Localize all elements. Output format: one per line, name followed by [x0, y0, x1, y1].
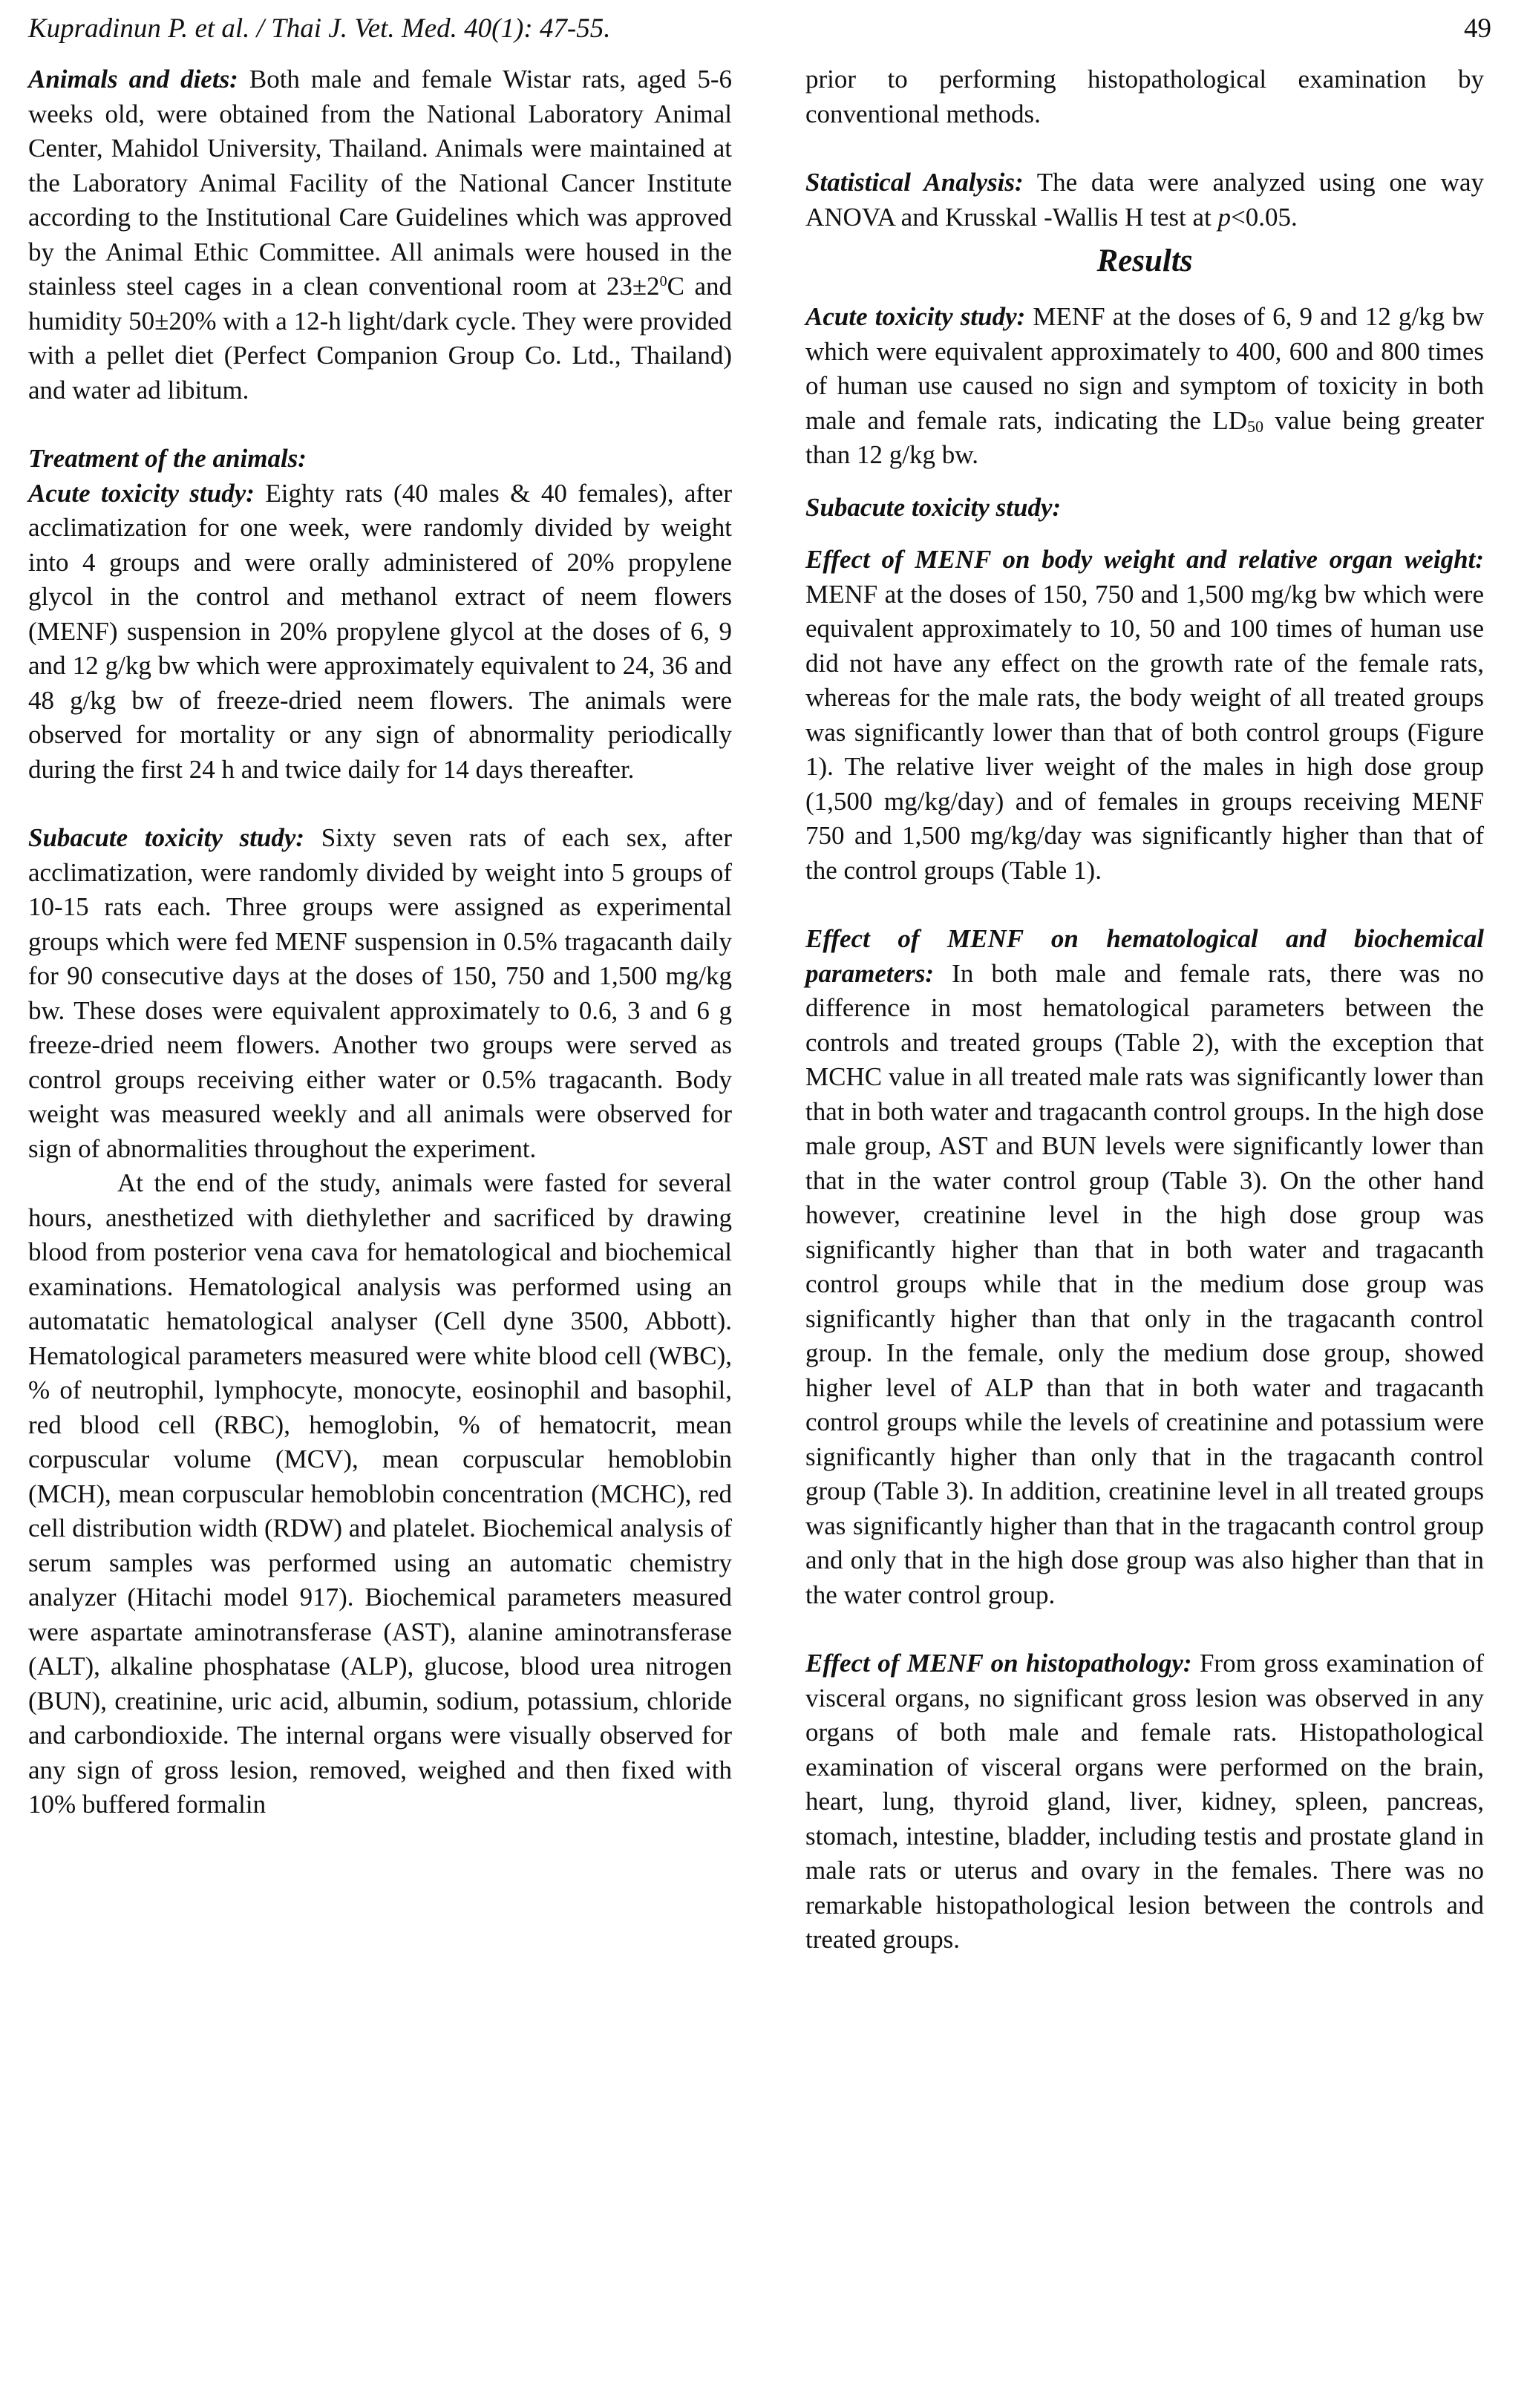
left-column: Animals and diets: Both male and female … — [28, 62, 732, 1822]
spacer — [805, 525, 1484, 543]
degree-superscript: 0 — [660, 273, 667, 289]
p-value: <0.05. — [1231, 203, 1298, 232]
subacute-toxicity-paragraph: Subacute toxicity study: Sixty seven rat… — [28, 821, 732, 1166]
page-number: 49 — [1464, 10, 1491, 48]
subacute-toxicity-lead: Subacute toxicity study: — [28, 823, 304, 852]
statistical-analysis-paragraph: Statistical Analysis: The data were anal… — [805, 166, 1484, 235]
spacer — [28, 408, 732, 442]
results-heading: Results — [805, 239, 1484, 284]
histopathology-paragraph: Effect of MENF on histopathology: From g… — [805, 1646, 1484, 1957]
spacer — [805, 1612, 1484, 1646]
statistical-analysis-lead: Statistical Analysis: — [805, 168, 1024, 197]
spacer — [805, 888, 1484, 922]
hematological-paragraph: Effect of MENF on hematological and bioc… — [805, 922, 1484, 1612]
right-column: prior to performing histopathological ex… — [805, 62, 1484, 1957]
end-of-study-paragraph: At the end of the study, animals were fa… — [28, 1166, 732, 1822]
acute-toxicity-text: Eighty rats (40 males & 40 females), aft… — [28, 479, 732, 784]
subacute-heading: Subacute toxicity study: — [805, 491, 1484, 526]
animals-diets-text: Both male and female Wistar rats, aged 5… — [28, 65, 732, 301]
continuation-paragraph: prior to performing histopathological ex… — [805, 62, 1484, 131]
spacer — [805, 473, 1484, 491]
acute-result-paragraph: Acute toxicity study: MENF at the doses … — [805, 300, 1484, 473]
running-header: Kupradinun P. et al. / Thai J. Vet. Med.… — [28, 10, 1491, 48]
acute-result-lead: Acute toxicity study: — [805, 302, 1025, 331]
animals-diets-paragraph: Animals and diets: Both male and female … — [28, 62, 732, 408]
body-weight-text: MENF at the doses of 150, 750 and 1,500 … — [805, 580, 1484, 885]
body-weight-paragraph: Effect of MENF on body weight and relati… — [805, 543, 1484, 888]
treatment-heading: Treatment of the animals: — [28, 442, 732, 477]
histopathology-text: From gross examination of visceral organ… — [805, 1649, 1484, 1954]
histopathology-lead: Effect of MENF on histopathology: — [805, 1649, 1192, 1678]
acute-toxicity-lead: Acute toxicity study: — [28, 479, 255, 508]
ld50-subscript: 50 — [1247, 417, 1263, 436]
hematological-text: In both male and female rats, there was … — [805, 959, 1484, 1609]
animals-diets-lead: Animals and diets: — [28, 65, 238, 94]
journal-citation: Kupradinun P. et al. / Thai J. Vet. Med.… — [28, 13, 610, 44]
p-symbol: p — [1218, 203, 1232, 232]
acute-toxicity-paragraph: Acute toxicity study: Eighty rats (40 ma… — [28, 477, 732, 788]
body-weight-lead: Effect of MENF on body weight and relati… — [805, 545, 1484, 574]
spacer — [805, 131, 1484, 166]
subacute-toxicity-text: Sixty seven rats of each sex, after accl… — [28, 823, 732, 1163]
spacer — [28, 787, 732, 821]
